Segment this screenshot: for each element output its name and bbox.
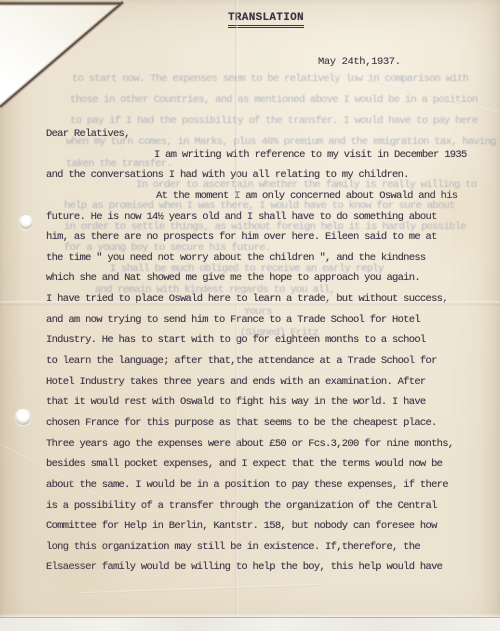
letter-page: to start now. The expenses seem to be re… — [0, 0, 500, 631]
letter-line: At the moment I am only concerned about … — [46, 186, 470, 207]
paper-wrinkle — [332, 70, 500, 115]
fold-crease-horizontal — [0, 301, 500, 306]
letter-line: that it would rest with Oswald to fight … — [46, 392, 470, 413]
paper-stain — [410, 150, 500, 270]
letter-body: Dear Relatives,I am writing with referen… — [46, 124, 470, 578]
corner-fold-edge — [0, 0, 200, 170]
punch-hole-top — [19, 215, 33, 229]
letter-line: Three years ago the expenses were about … — [46, 434, 470, 455]
letter-line: future. He is now 14½ years old and I sh… — [46, 207, 470, 228]
letter-line: chosen France for this purpose as that s… — [46, 413, 470, 434]
fold-crease-vertical-top — [235, 0, 238, 200]
document-title: TRANSLATION — [228, 12, 304, 28]
punch-hole-bottom — [15, 409, 31, 425]
letter-line: him, as there are no prospects for him o… — [46, 227, 470, 248]
paper-stain — [20, 520, 140, 610]
letter-line: I have tried to place Oswald here to lea… — [46, 289, 470, 310]
letter-line: and am now trying to send him to France … — [46, 310, 470, 331]
letter-line: is a possibility of a transfer through t… — [46, 496, 470, 517]
letter-line: the time " you need not worry about the … — [46, 248, 470, 269]
document-date: May 24th,1937. — [318, 56, 401, 68]
letter-line: Hotel Industry takes three years and end… — [46, 372, 470, 393]
page-bottom-edge — [0, 617, 500, 631]
letter-line: about the same. I would be in a position… — [46, 475, 470, 496]
corner-fold — [0, 0, 200, 170]
letter-line: besides small pocket expenses, and I exp… — [46, 454, 470, 475]
letter-line: Industry. He has to start with to go for… — [46, 330, 470, 351]
letter-line: to learn the language; after that,the at… — [46, 351, 470, 372]
letter-line: which she and Nat showed me give me the … — [46, 268, 470, 289]
